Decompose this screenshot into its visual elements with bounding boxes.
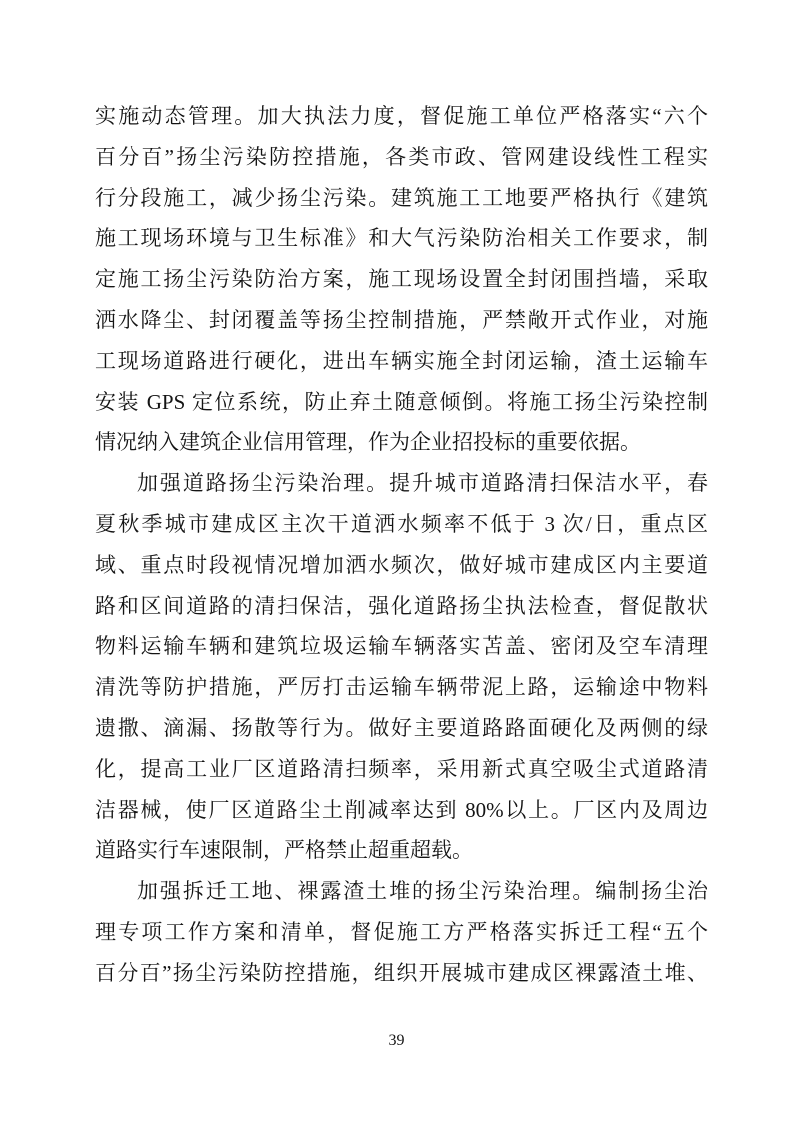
- text-line: 夏秋季城市建成区主次干道洒水频率不低于 3 次/日，重点区: [95, 504, 708, 545]
- text-line: 理专项工作方案和清单，督促施工方严格落实拆迁工程“五个: [95, 912, 708, 953]
- text-line: 百分百”扬尘污染防控措施，各类市政、管网建设线性工程实: [95, 137, 708, 178]
- text-line: 路和区间道路的清扫保洁，强化道路扬尘执法检查，督促散状: [95, 586, 708, 627]
- text-line: 清洗等防护措施，严厉打击运输车辆带泥上路，运输途中物料: [95, 667, 708, 708]
- text-line: 加强拆迁工地、裸露渣土堆的扬尘污染治理。编制扬尘治: [95, 871, 708, 912]
- text-line: 物料运输车辆和建筑垃圾运输车辆落实苫盖、密闭及空车清理: [95, 626, 708, 667]
- page-number: 39: [389, 1032, 405, 1049]
- document-page: 实施动态管理。加大执法力度，督促施工单位严格落实“六个 百分百”扬尘污染防控措施…: [0, 0, 793, 1122]
- text-line: 化，提高工业厂区道路清扫频率，采用新式真空吸尘式道路清: [95, 749, 708, 790]
- text-line: 工现场道路进行硬化，进出车辆实施全封闭运输，渣土运输车: [95, 341, 708, 382]
- text-line: 施工现场环境与卫生标准》和大气污染防治相关工作要求，制: [95, 218, 708, 259]
- text-line: 加强道路扬尘污染治理。提升城市道路清扫保洁水平，春: [95, 463, 708, 504]
- text-line: 实施动态管理。加大执法力度，督促施工单位严格落实“六个: [95, 96, 708, 137]
- text-line: 百分百”扬尘污染防控措施，组织开展城市建成区裸露渣土堆、: [95, 953, 708, 994]
- document-body: 实施动态管理。加大执法力度，督促施工单位严格落实“六个 百分百”扬尘污染防控措施…: [95, 96, 708, 994]
- paragraph-road-dust-control: 加强道路扬尘污染治理。提升城市道路清扫保洁水平，春 夏秋季城市建成区主次干道洒水…: [95, 463, 708, 871]
- page-footer: 39: [0, 1032, 793, 1050]
- text-line: 道路实行车速限制，严格禁止超重超载。: [95, 830, 708, 871]
- text-line: 行分段施工，减少扬尘污染。建筑施工工地要严格执行《建筑: [95, 178, 708, 219]
- text-line: 遗撒、滴漏、扬散等行为。做好主要道路路面硬化及两侧的绿: [95, 708, 708, 749]
- text-line: 情况纳入建筑企业信用管理，作为企业招投标的重要依据。: [95, 422, 708, 463]
- text-line: 定施工扬尘污染防治方案，施工现场设置全封闭围挡墙，采取: [95, 259, 708, 300]
- text-line: 域、重点时段视情况增加洒水频次，做好城市建成区内主要道: [95, 545, 708, 586]
- text-line: 洒水降尘、封闭覆盖等扬尘控制措施，严禁敞开式作业，对施: [95, 300, 708, 341]
- text-line: 洁器械，使厂区道路尘土削减率达到 80%以上。厂区内及周边: [95, 790, 708, 831]
- text-line: 安装 GPS 定位系统，防止弃土随意倾倒。将施工扬尘污染控制: [95, 382, 708, 423]
- paragraph-demolition-dust-control: 加强拆迁工地、裸露渣土堆的扬尘污染治理。编制扬尘治 理专项工作方案和清单，督促施…: [95, 871, 708, 993]
- paragraph-construction-dust-control: 实施动态管理。加大执法力度，督促施工单位严格落实“六个 百分百”扬尘污染防控措施…: [95, 96, 708, 463]
